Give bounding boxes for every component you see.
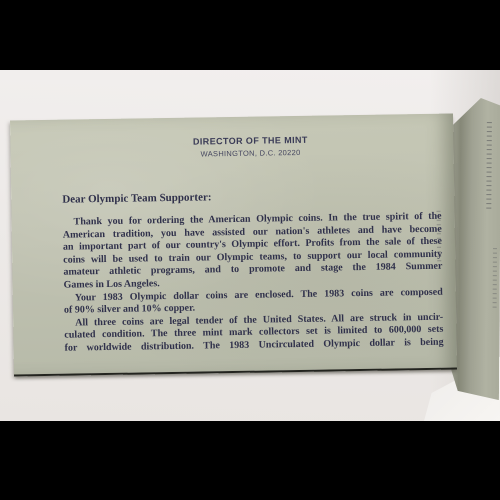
page-curl-text-marks <box>486 122 492 212</box>
letter-document: DIRECTOR OF THE MINT WASHINGTON, D.C. 20… <box>10 114 457 377</box>
letterhead: DIRECTOR OF THE MINT WASHINGTON, D.C. 20… <box>61 133 439 161</box>
page-curl <box>451 98 500 400</box>
page-curl-text-marks <box>493 248 497 308</box>
letter-body: Dear Olympic Team Supporter: Thank you f… <box>62 188 443 355</box>
photo-background: DIRECTOR OF THE MINT WASHINGTON, D.C. 20… <box>0 70 500 421</box>
letter-greeting: Dear Olympic Team Supporter: <box>62 188 441 206</box>
letterhead-address: WASHINGTON, D.C. 20220 <box>62 146 440 161</box>
photo-frame: DIRECTOR OF THE MINT WASHINGTON, D.C. 20… <box>0 0 500 500</box>
